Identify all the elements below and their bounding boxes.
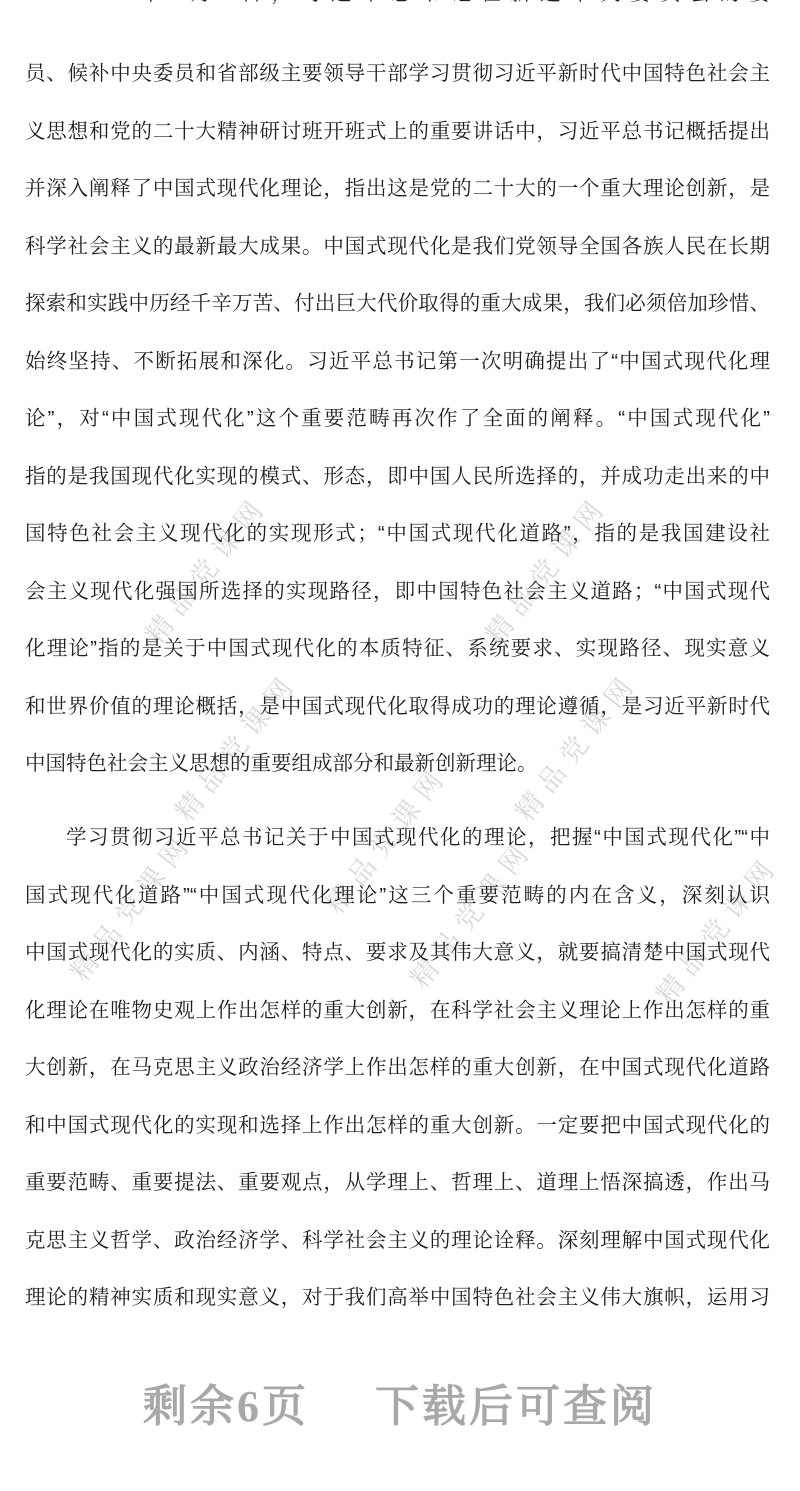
text-line: 和中国式现代化的实现和选择上作出怎样的重大创新。一定要把中国式现代化的: [25, 1097, 770, 1155]
remaining-pages-label: 剩余6页: [143, 1382, 309, 1431]
text-line: 科学社会主义的最新最大成果。中国式现代化是我们党领导全国各族人民在长期: [25, 218, 770, 276]
text-line: 指的是我国现代化实现的模式、形态，即中国人民所选择的，并成功走出来的中: [25, 448, 770, 506]
paragraph: 学习贯彻习近平总书记关于中国式现代化的理论，把握“中国式现代化”“中国式现代化道…: [25, 809, 770, 1327]
text-line: 会主义现代化强国所选择的实现路径，即中国特色社会主义道路；“中国式现代: [25, 563, 770, 621]
text-line: 化理论”指的是关于中国式现代化的本质特征、系统要求、实现路径、现实意义: [25, 620, 770, 678]
text-line: 义思想和党的二十大精神研讨班开班式上的重要讲话中，习近平总书记概括提出: [25, 103, 770, 161]
clipped-previous-line: 2023年2月7日，习近平总书记在新进中央委员会的委: [25, 0, 770, 23]
text-line: 和世界价值的理论概括，是中国式现代化取得成功的理论遵循，是习近平新时代: [25, 678, 770, 736]
document-body: 员、候补中央委员和省部级主要领导干部学习贯彻习近平新时代中国特色社会主义思想和党…: [25, 45, 770, 1327]
text-line: 化理论在唯物史观上作出怎样的重大创新，在科学社会主义理论上作出怎样的重: [25, 982, 770, 1040]
text-line: 并深入阐释了中国式现代化理论，指出这是党的二十大的一个重大理论创新，是: [25, 160, 770, 218]
paragraph: 员、候补中央委员和省部级主要领导干部学习贯彻习近平新时代中国特色社会主义思想和党…: [25, 45, 770, 793]
pages-remaining-banner: 剩余6页下载后可查阅: [0, 1381, 800, 1433]
text-line: 重要范畴、重要提法、重要观点，从学理上、哲理上、道理上悟深搞透，作出马: [25, 1154, 770, 1212]
text-line: 大创新，在马克思主义政治经济学上作出怎样的重大创新，在中国式现代化道路: [25, 1039, 770, 1097]
text-line: 国特色社会主义现代化的实现形式；“中国式现代化道路”，指的是我国建设社: [25, 505, 770, 563]
text-line: 中国特色社会主义思想的重要组成部分和最新创新理论。: [25, 735, 770, 793]
text-line: 始终坚持、不断拓展和深化。习近平总书记第一次明确提出了“中国式现代化理: [25, 333, 770, 391]
document-page: 精品党课网精品党课网精品党课网精品党课网精品党课网精品党课网精品党课网精品党课网…: [0, 0, 800, 1491]
text-line: 克思主义哲学、政治经济学、科学社会主义的理论诠释。深刻理解中国式现代化: [25, 1212, 770, 1270]
download-hint-label: 下载后可查阅: [375, 1382, 657, 1431]
text-line: 探索和实践中历经千辛万苦、付出巨大代价取得的重大成果，我们必须倍加珍惜、: [25, 275, 770, 333]
text-line: 理论的精神实质和现实意义，对于我们高举中国特色社会主义伟大旗帜，运用习: [25, 1269, 770, 1327]
text-line: 员、候补中央委员和省部级主要领导干部学习贯彻习近平新时代中国特色社会主: [25, 45, 770, 103]
text-line: 论”，对“中国式现代化”这个重要范畴再次作了全面的阐释。“中国式现代化”: [25, 390, 770, 448]
text-line: 中国式现代化的实质、内涵、特点、要求及其伟大意义，就要搞清楚中国式现代: [25, 924, 770, 982]
text-line: 国式现代化道路”“中国式现代化理论”这三个重要范畴的内在含义，深刻认识: [25, 867, 770, 925]
text-line: 学习贯彻习近平总书记关于中国式现代化的理论，把握“中国式现代化”“中: [25, 809, 770, 867]
